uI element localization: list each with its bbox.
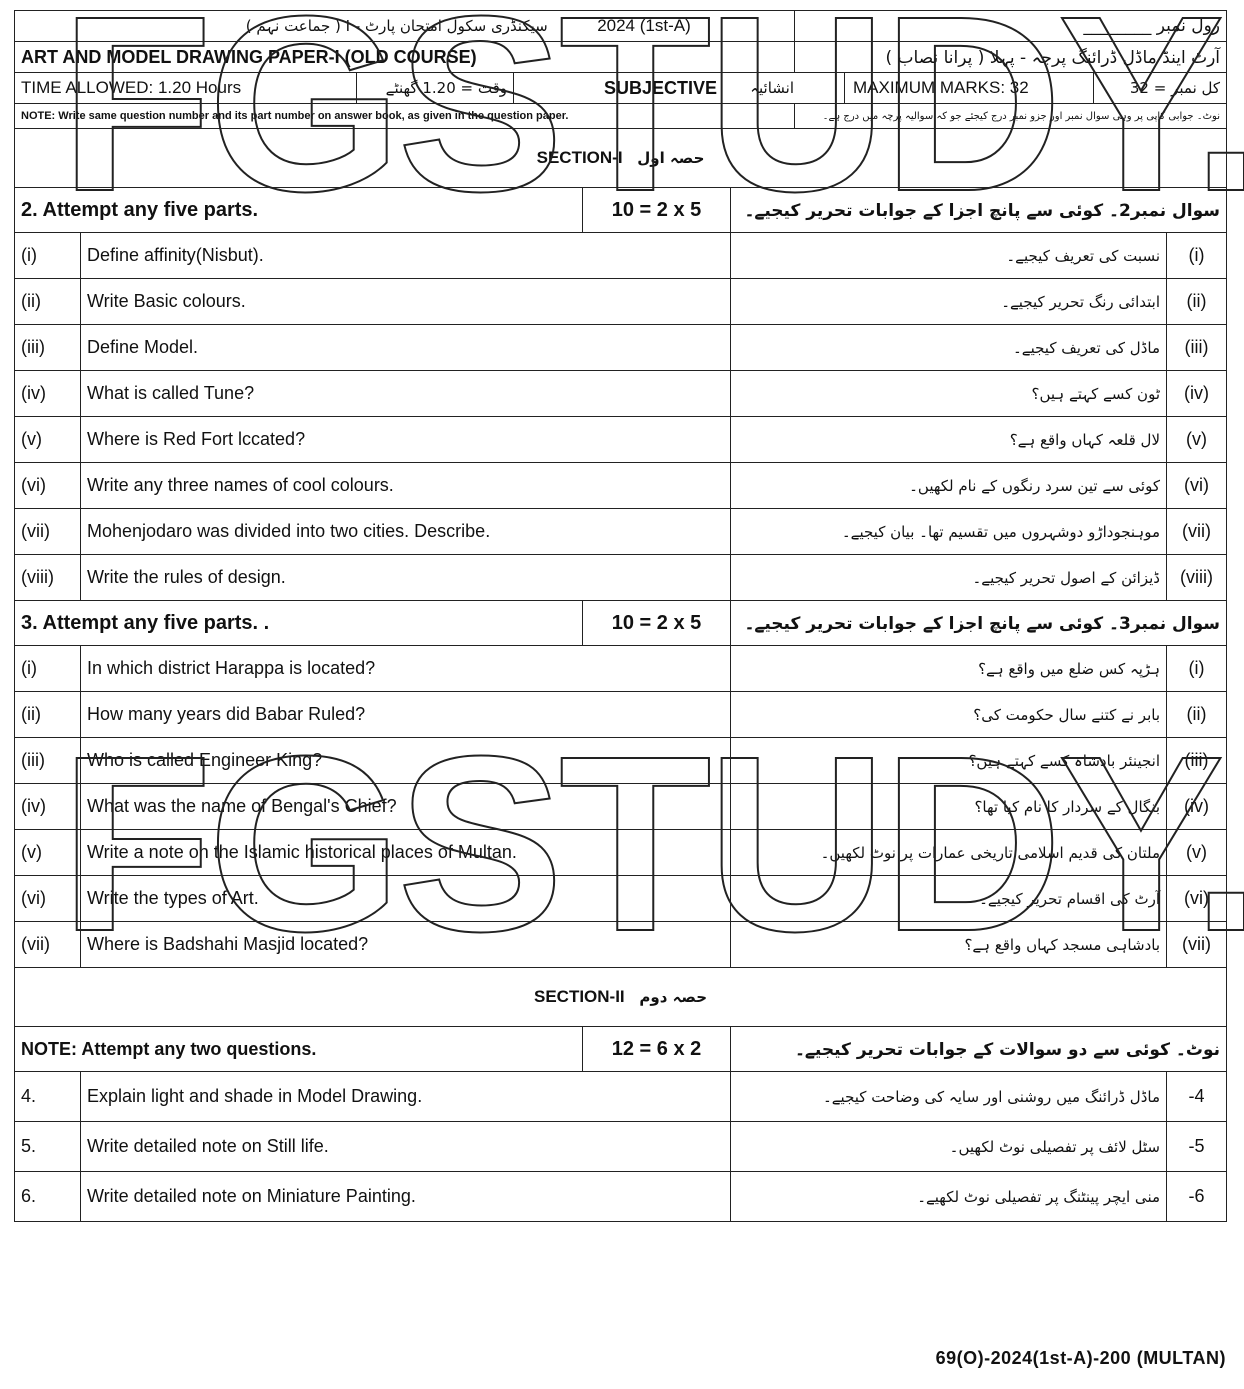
- time-allowed-en: TIME ALLOWED: 1.20 Hours: [15, 73, 357, 103]
- part-number: (iv): [15, 371, 81, 417]
- part-number: (vii): [15, 509, 81, 555]
- part-number-urdu: (iii): [1167, 738, 1227, 784]
- part-text: Who is called Engineer King?: [81, 738, 731, 784]
- part-text-urdu: انجینئر بادشاہ کسے کہتے ہیں؟: [731, 738, 1167, 784]
- part-number: (iii): [15, 738, 81, 784]
- part-number-urdu: (ii): [1167, 279, 1227, 325]
- part-number-urdu: (v): [1167, 830, 1227, 876]
- table-row: (i)In which district Harappa is located?…: [15, 646, 1227, 692]
- section-2-marks: 12 = 6 x 2: [583, 1027, 731, 1072]
- part-number-urdu: (iv): [1167, 371, 1227, 417]
- question-text-urdu: سٹل لائف پر تفصیلی نوٹ لکھیں۔: [731, 1122, 1167, 1172]
- part-number: (i): [15, 233, 81, 279]
- part-number-urdu: (v): [1167, 417, 1227, 463]
- part-number-urdu: (vi): [1167, 876, 1227, 922]
- note-urdu: نوٹ۔ جوابی کاپی پر وہی سوال نمبر اور جزو…: [795, 104, 1227, 129]
- part-number-urdu: (iv): [1167, 784, 1227, 830]
- part-text: Write the rules of design.: [81, 555, 731, 601]
- section-2-title-urdu: حصہ دوم: [639, 988, 707, 1006]
- part-text-urdu: بابر نے کتنے سال حکومت کی؟: [731, 692, 1167, 738]
- part-number: (iv): [15, 784, 81, 830]
- part-text-urdu: ماڈل کی تعریف کیجیے۔: [731, 325, 1167, 371]
- header-table: سیکنڈری سکول امتحان پارٹ - I ( جماعت نہم…: [14, 10, 1227, 129]
- part-text: Write a note on the Islamic historical p…: [81, 830, 731, 876]
- table-row: 5.Write detailed note on Still life.سٹل …: [15, 1122, 1227, 1172]
- max-marks-urdu: کل نمبر = 32: [1094, 73, 1226, 103]
- time-allowed-urdu: وقت = 1.20 گھنٹے: [357, 73, 514, 103]
- table-row: (v)Write a note on the Islamic historica…: [15, 830, 1227, 876]
- question-3-heading: 3. Attempt any five parts. .: [15, 601, 583, 646]
- part-text: Write the types of Art.: [81, 876, 731, 922]
- subject-urdu: آرٹ اینڈ ماڈل ڈرائنگ پرچہ - پہلا ( پرانا…: [795, 42, 1227, 73]
- part-text: Where is Red Fort lccated?: [81, 417, 731, 463]
- part-number-urdu: (ii): [1167, 692, 1227, 738]
- question-3-heading-urdu: سوال نمبر3۔ کوئی سے پانچ اجزا کے جوابات …: [731, 601, 1227, 646]
- part-number: (vi): [15, 876, 81, 922]
- question-number: 5.: [15, 1122, 81, 1172]
- part-text: Mohenjodaro was divided into two cities.…: [81, 509, 731, 555]
- question-number-urdu: -6: [1167, 1172, 1227, 1222]
- part-text: How many years did Babar Ruled?: [81, 692, 731, 738]
- part-text-urdu: نسبت کی تعریف کیجیے۔: [731, 233, 1167, 279]
- part-text: Define affinity(Nisbut).: [81, 233, 731, 279]
- part-text-urdu: کوئی سے تین سرد رنگوں کے نام لکھیں۔: [731, 463, 1167, 509]
- section-1-title-urdu: حصہ اول: [637, 149, 704, 167]
- question-2-heading-urdu: سوال نمبر2۔ کوئی سے پانچ اجزا کے جوابات …: [731, 188, 1227, 233]
- part-text-urdu: ہڑپہ کس ضلع میں واقع ہے؟: [731, 646, 1167, 692]
- part-text-urdu: موہنجوداڑو دوشہروں میں تقسیم تھا۔ بیان ک…: [731, 509, 1167, 555]
- header-title-row: سیکنڈری سکول امتحان پارٹ - I ( جماعت نہم…: [15, 11, 795, 42]
- table-row: 6.Write detailed note on Miniature Paint…: [15, 1172, 1227, 1222]
- part-text-urdu: ملتان کی قدیم اسلامی تاریخی عمارات پر نو…: [731, 830, 1167, 876]
- section-2-note-urdu: نوٹ۔ کوئی سے دو سوالات کے جوابات تحریر ک…: [731, 1027, 1227, 1072]
- part-number-urdu: (iii): [1167, 325, 1227, 371]
- part-text-urdu: بنگال کے سردار کا نام کیا تھا؟: [731, 784, 1167, 830]
- question-text: Write detailed note on Miniature Paintin…: [81, 1172, 731, 1222]
- question-2-header: 2. Attempt any five parts. 10 = 2 x 5 سو…: [15, 188, 1227, 233]
- question-text: Explain light and shade in Model Drawing…: [81, 1072, 731, 1122]
- exam-year: 2024 (1st-A): [597, 16, 691, 35]
- part-number-urdu: (viii): [1167, 555, 1227, 601]
- question-text-urdu: منی ایچر پینٹنگ پر تفصیلی نوٹ لکھیے۔: [731, 1172, 1167, 1222]
- table-row: (vii)Where is Badshahi Masjid located?با…: [15, 922, 1227, 968]
- table-row: 4.Explain light and shade in Model Drawi…: [15, 1072, 1227, 1122]
- table-row: (iv)What is called Tune?ٹون کسے کہتے ہیں…: [15, 371, 1227, 417]
- question-number: 4.: [15, 1072, 81, 1122]
- part-number: (vii): [15, 922, 81, 968]
- part-number: (vi): [15, 463, 81, 509]
- table-row: (vi)Write the types of Art.آرٹ کی اقسام …: [15, 876, 1227, 922]
- question-text-urdu: ماڈل ڈرائنگ میں روشنی اور سایہ کی وضاحت …: [731, 1072, 1167, 1122]
- part-text-urdu: ڈیزائن کے اصول تحریر کیجیے۔: [731, 555, 1167, 601]
- section-1-title: SECTION-I: [537, 148, 623, 167]
- part-number-urdu: (i): [1167, 646, 1227, 692]
- question-3-header: 3. Attempt any five parts. . 10 = 2 x 5 …: [15, 601, 1227, 646]
- subject-en: ART AND MODEL DRAWING PAPER-I (OLD COURS…: [15, 42, 795, 73]
- section-1-table: SECTION-I حصہ اول 2. Attempt any five pa…: [14, 129, 1227, 1222]
- max-marks-en: MAXIMUM MARKS: 32: [844, 73, 1094, 103]
- table-row: (v)Where is Red Fort lccated?لال قلعہ کہ…: [15, 417, 1227, 463]
- question-number: 6.: [15, 1172, 81, 1222]
- part-text: Define Model.: [81, 325, 731, 371]
- part-text: What was the name of Bengal's Chief?: [81, 784, 731, 830]
- urdu-title: سیکنڈری سکول امتحان پارٹ - I ( جماعت نہم…: [246, 17, 548, 35]
- part-number: (v): [15, 417, 81, 463]
- section-2-note: NOTE: Attempt any two questions.: [15, 1027, 583, 1072]
- part-text: What is called Tune?: [81, 371, 731, 417]
- part-number: (ii): [15, 279, 81, 325]
- part-text-urdu: آرٹ کی اقسام تحریر کیجیے۔: [731, 876, 1167, 922]
- question-2-marks: 10 = 2 x 5: [583, 188, 731, 233]
- paper-code: 69(O)-2024(1st-A)-200 (MULTAN): [936, 1348, 1226, 1369]
- paper-type-urdu: انشائیہ: [744, 79, 794, 97]
- part-number: (ii): [15, 692, 81, 738]
- section-2-note-row: NOTE: Attempt any two questions. 12 = 6 …: [15, 1027, 1227, 1072]
- part-text-urdu: بادشاہی مسجد کہاں واقع ہے؟: [731, 922, 1167, 968]
- table-row: (iv)What was the name of Bengal's Chief?…: [15, 784, 1227, 830]
- part-text: Write any three names of cool colours.: [81, 463, 731, 509]
- section-2-title: SECTION-II: [534, 987, 625, 1006]
- part-number-urdu: (i): [1167, 233, 1227, 279]
- part-text: Write Basic colours.: [81, 279, 731, 325]
- exam-paper: سیکنڈری سکول امتحان پارٹ - I ( جماعت نہم…: [14, 10, 1226, 1222]
- part-text: In which district Harappa is located?: [81, 646, 731, 692]
- question-text: Write detailed note on Still life.: [81, 1122, 731, 1172]
- part-number-urdu: (vii): [1167, 509, 1227, 555]
- part-number: (viii): [15, 555, 81, 601]
- part-number-urdu: (vi): [1167, 463, 1227, 509]
- question-number-urdu: -5: [1167, 1122, 1227, 1172]
- part-number: (iii): [15, 325, 81, 371]
- part-text-urdu: ٹون کسے کہتے ہیں؟: [731, 371, 1167, 417]
- part-number-urdu: (vii): [1167, 922, 1227, 968]
- table-row: (vi)Write any three names of cool colour…: [15, 463, 1227, 509]
- question-2-heading: 2. Attempt any five parts.: [15, 188, 583, 233]
- table-row: (ii)Write Basic colours.ابتدائی رنگ تحری…: [15, 279, 1227, 325]
- table-row: (iii)Who is called Engineer King?انجینئر…: [15, 738, 1227, 784]
- paper-type-en: SUBJECTIVE: [604, 78, 744, 99]
- note-en: NOTE: Write same question number and its…: [15, 104, 795, 129]
- part-text-urdu: ابتدائی رنگ تحریر کیجیے۔: [731, 279, 1167, 325]
- part-text-urdu: لال قلعہ کہاں واقع ہے؟: [731, 417, 1167, 463]
- table-row: (iii)Define Model.ماڈل کی تعریف کیجیے۔(i…: [15, 325, 1227, 371]
- part-number: (v): [15, 830, 81, 876]
- table-row: (vii)Mohenjodaro was divided into two ci…: [15, 509, 1227, 555]
- question-number-urdu: -4: [1167, 1072, 1227, 1122]
- part-number: (i): [15, 646, 81, 692]
- question-3-marks: 10 = 2 x 5: [583, 601, 731, 646]
- table-row: (ii)How many years did Babar Ruled?بابر …: [15, 692, 1227, 738]
- table-row: (viii)Write the rules of design.ڈیزائن ک…: [15, 555, 1227, 601]
- table-row: (i)Define affinity(Nisbut).نسبت کی تعریف…: [15, 233, 1227, 279]
- part-text: Where is Badshahi Masjid located?: [81, 922, 731, 968]
- roll-number: رول نمبر ________: [795, 11, 1227, 42]
